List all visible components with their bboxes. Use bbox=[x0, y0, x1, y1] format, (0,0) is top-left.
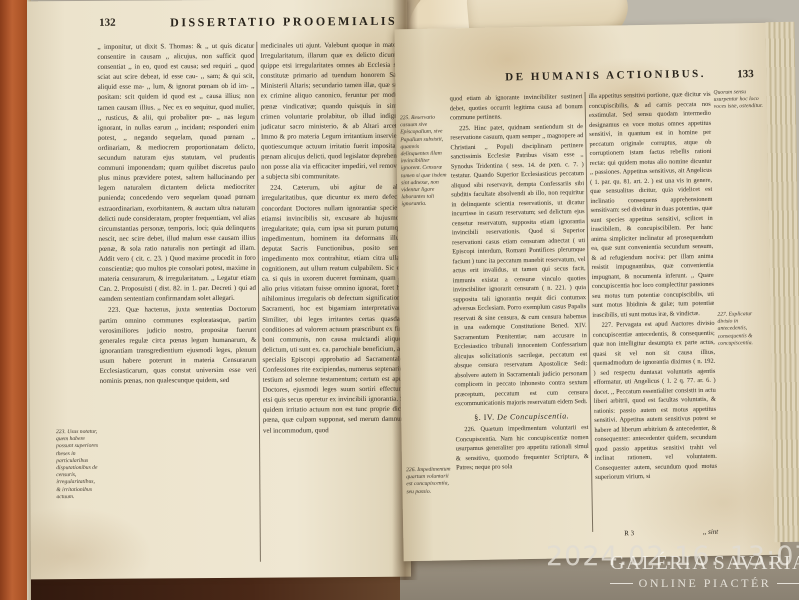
margin-note-226: 226. Impedimentum quartum voluntarii est… bbox=[406, 466, 453, 537]
paragraph: medicinales uti ajunt. Valebunt quoque i… bbox=[260, 41, 404, 183]
paragraph: illa appetitus sensitivi portione, quæ d… bbox=[589, 90, 715, 320]
right-column-2: illa appetitus sensitivi portione, quæ d… bbox=[589, 90, 719, 528]
right-page: DE HUMANIS ACTIONIBUS. 133 225. Reservat… bbox=[394, 23, 780, 561]
left-page: 132 DISSERTATIO PROOEMIALIS 223. Usus no… bbox=[27, 0, 411, 579]
paragraph: 227. Pervagata est apud Auctores divisio… bbox=[593, 319, 718, 483]
left-page-number: 132 bbox=[99, 17, 116, 29]
signature-row: R 3 ,, sint bbox=[596, 528, 718, 538]
left-column-1: ,, imponitur, ut dixit S. Thomas: & ,, u… bbox=[97, 42, 258, 565]
left-column-2: medicinales uti ajunt. Valebunt quoque i… bbox=[260, 41, 407, 570]
paragraph: ,, imponitur, ut dixit S. Thomas: & ,, u… bbox=[97, 42, 256, 306]
section-number: §. IV. bbox=[474, 412, 495, 421]
margin-note-223: 223. Usus notatur, quem habere possunt s… bbox=[56, 429, 101, 569]
left-running-title: DISSERTATIO PROOEMIALIS bbox=[170, 14, 397, 31]
margin-note-quorum: Quorum sensu usurpentur hoc loco voces i… bbox=[713, 89, 764, 150]
paragraph: quod etiam ab ignorante invincibiliter s… bbox=[450, 92, 583, 123]
watermark-subtitle: ONLINE PIACTÉR bbox=[610, 576, 799, 591]
marketplace-watermark: GALÉRIA SAVARIA ONLINE PIACTÉR bbox=[610, 552, 799, 591]
signature-mark: R 3 bbox=[596, 529, 634, 538]
right-running-title: DE HUMANIS ACTIONIBUS. bbox=[505, 68, 706, 84]
book-cover-left-edge bbox=[0, 0, 27, 600]
paragraph: 225. Hinc patet, quidnam sentiendum sit … bbox=[450, 122, 588, 409]
paragraph: 226. Quartum impedimentum voluntarii est… bbox=[455, 423, 589, 473]
section-heading: §. IV. De Concupiscentia. bbox=[455, 411, 588, 423]
paragraph: 223. Quæ hactenus, juxta sententias Doct… bbox=[99, 305, 257, 387]
margin-note-227: 227. Explicatur divisio in antecedentis,… bbox=[717, 311, 769, 402]
section-title: De Concupiscentia. bbox=[497, 411, 569, 421]
watermark-subtitle-text: ONLINE PIACTÉR bbox=[639, 576, 772, 591]
catchword: ,, sint bbox=[703, 528, 719, 536]
paragraph: 224. Cæterum, ubi agitur de aliis irregu… bbox=[261, 183, 406, 436]
watermark-title: GALÉRIA SAVARIA bbox=[610, 552, 799, 575]
margin-note-225: 225. Reservatio casuum sive Episcopalium… bbox=[400, 114, 449, 285]
right-page-number: 133 bbox=[737, 68, 754, 80]
right-column-1: quod etiam ab ignorante invincibiliter s… bbox=[450, 92, 591, 546]
book-photo: 132 DISSERTATIO PROOEMIALIS 223. Usus no… bbox=[0, 0, 799, 600]
